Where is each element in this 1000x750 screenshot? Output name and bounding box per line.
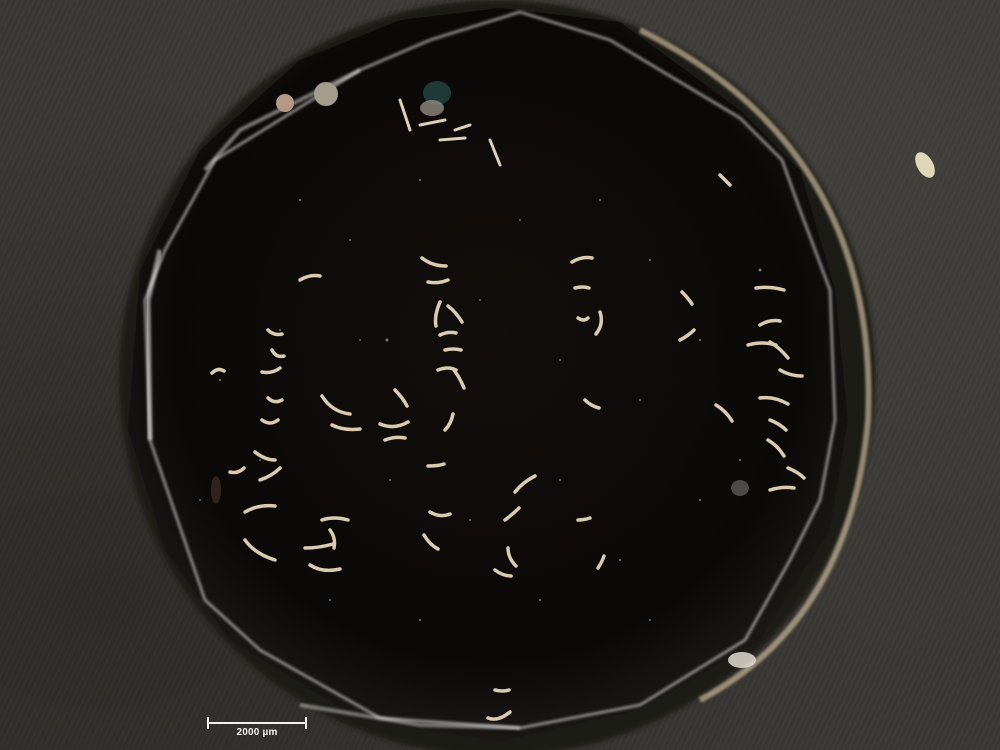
scale-bar: 2000 µm [207,715,307,745]
rim-chip [728,652,756,668]
microscope-photo: 2000 µm [0,0,1000,750]
dark-particle [731,480,749,496]
scale-bar-line [207,722,307,724]
scale-bar-label: 2000 µm [207,727,307,738]
stray-fragment-outside [911,149,939,181]
brown-particle [211,476,221,504]
specimen-scene [0,0,1000,750]
